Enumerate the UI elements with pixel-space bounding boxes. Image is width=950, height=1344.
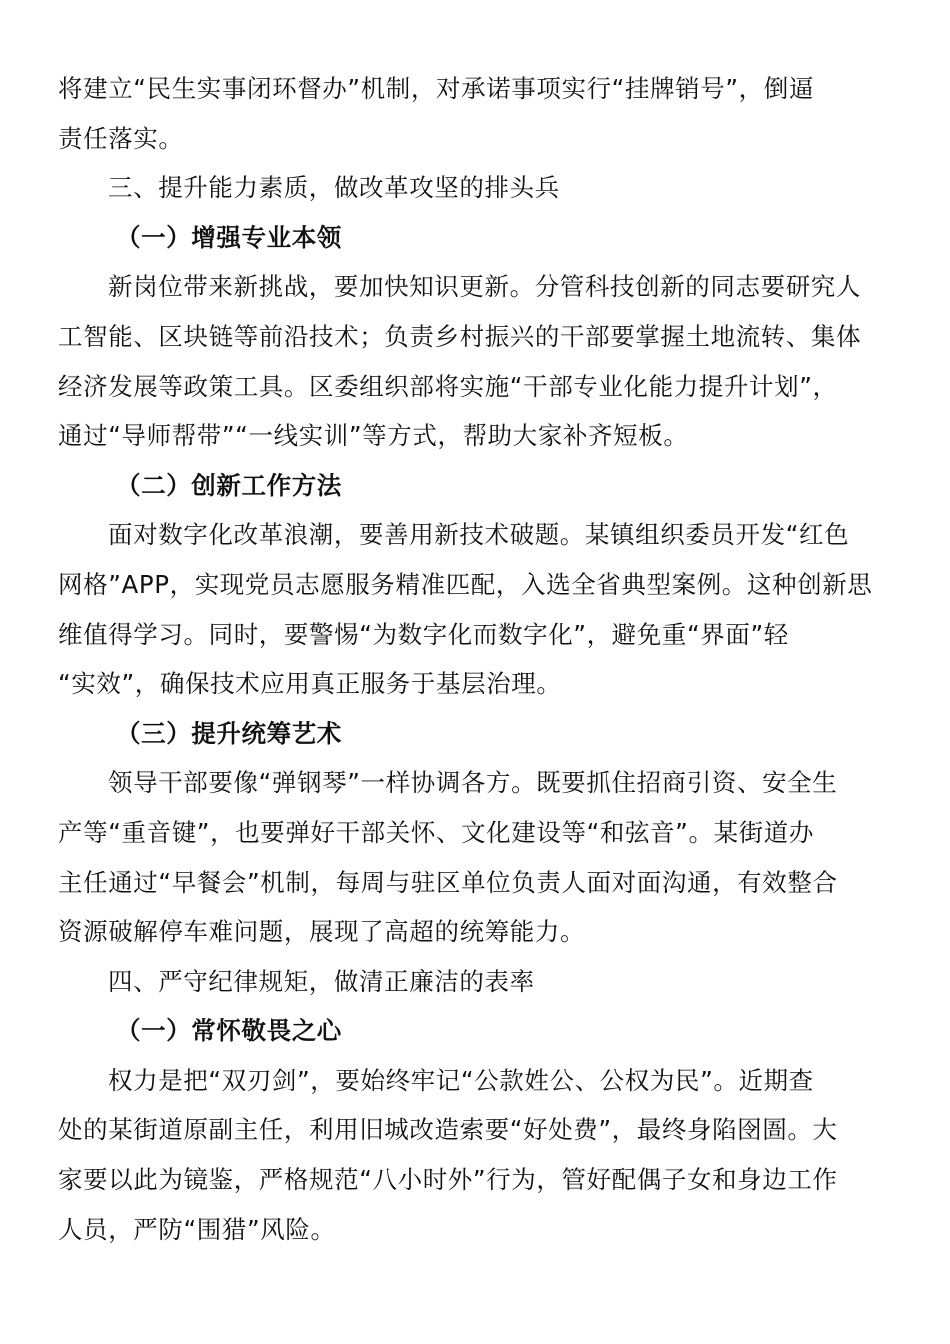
document-page: 将建立“民生实事闭环督办”机制，对承诺事项实行“挂牌销号”，倒逼 责任落实。 三… (58, 64, 892, 1254)
text-line: 经济发展等政策工具。区委组织部将实施“干部专业化能力提升计划”， (58, 362, 892, 412)
section-heading-4: 四、严守纪律规矩，做清正廉洁的表率 (58, 957, 892, 1007)
text-line: 产等“重音键”，也要弹好干部关怀、文化建设等“和弦音”。某街道办 (58, 808, 892, 858)
subheading-3-2: （二）创新工作方法 (58, 461, 892, 511)
text-line: 责任落实。 (58, 114, 892, 164)
paragraph-continuation: 将建立“民生实事闭环督办”机制，对承诺事项实行“挂牌销号”，倒逼 责任落实。 (58, 64, 892, 163)
section-heading-3: 三、提升能力素质，做改革攻坚的排头兵 (58, 163, 892, 213)
text-line: 通过“导师帮带”“一线实训”等方式，帮助大家补齐短板。 (58, 411, 892, 461)
paragraph-4-1: 权力是把“双刃剑”，要始终牢记“公款姓公、公权为民”。近期查 处的某街道原副主任… (58, 1056, 892, 1254)
text-line: “实效”，确保技术应用真正服务于基层治理。 (58, 659, 892, 709)
text-line: 面对数字化改革浪潮，要善用新技术破题。某镇组织委员开发“红色 (58, 510, 892, 560)
text-line: 家要以此为镜鉴，严格规范“八小时外”行为，管好配偶子女和身边工作 (58, 1155, 892, 1205)
text-line: 处的某街道原副主任，利用旧城改造索要“好处费”，最终身陷囹圄。大 (58, 1105, 892, 1155)
text-line: 网格”APP，实现党员志愿服务精准匹配，入选全省典型案例。这种创新思 (58, 560, 892, 610)
text-line: 工智能、区块链等前沿技术；负责乡村振兴的干部要掌握土地流转、集体 (58, 312, 892, 362)
subheading-4-1: （一）常怀敬畏之心 (58, 1006, 892, 1056)
paragraph-3-3: 领导干部要像“弹钢琴”一样协调各方。既要抓住招商引资、安全生 产等“重音键”，也… (58, 758, 892, 956)
paragraph-3-1: 新岗位带来新挑战，要加快知识更新。分管科技创新的同志要研究人 工智能、区块链等前… (58, 262, 892, 460)
paragraph-3-2: 面对数字化改革浪潮，要善用新技术破题。某镇组织委员开发“红色 网格”APP，实现… (58, 510, 892, 708)
text-line: 将建立“民生实事闭环督办”机制，对承诺事项实行“挂牌销号”，倒逼 (58, 64, 892, 114)
text-line: 人员，严防“围猎”风险。 (58, 1205, 892, 1255)
text-line: 主任通过“早餐会”机制，每周与驻区单位负责人面对面沟通，有效整合 (58, 858, 892, 908)
text-line: 领导干部要像“弹钢琴”一样协调各方。既要抓住招商引资、安全生 (58, 758, 892, 808)
text-line: 维值得学习。同时，要警惕“为数字化而数字化”，避免重“界面”轻 (58, 610, 892, 660)
text-line: 新岗位带来新挑战，要加快知识更新。分管科技创新的同志要研究人 (58, 262, 892, 312)
subheading-3-3: （三）提升统筹艺术 (58, 709, 892, 759)
subheading-3-1: （一）增强专业本领 (58, 213, 892, 263)
text-line: 资源破解停车难问题，展现了高超的统筹能力。 (58, 907, 892, 957)
text-line: 权力是把“双刃剑”，要始终牢记“公款姓公、公权为民”。近期查 (58, 1056, 892, 1106)
